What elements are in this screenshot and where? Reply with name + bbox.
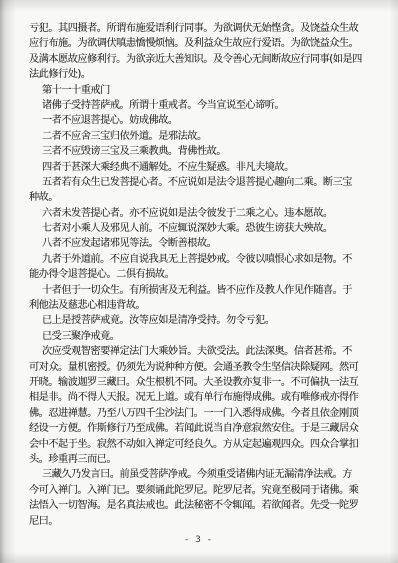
text-block: 亏犯。其四摄者。所谓布施爱语利行同事。为欲调伏无始悭贪。及饶益众生故应行布施。为… [29, 21, 371, 529]
text-line: 八者不应发起诸邪见等法。令断善根故。 [29, 236, 371, 251]
text-line: 头。珍重再三而已。 [29, 452, 371, 467]
text-line: 及满本愿故应修利行。为欲亲近大善知识。及令善心无间断故应行同事(如是四 [29, 52, 371, 67]
text-line: 三者不应毁谤三宝及三乘教典。背佛性故。 [29, 144, 371, 159]
text-line: 经设一方便。作斯修行乃至成佛。若闻此说当自净意寂然安住。于是三藏居众 [29, 421, 371, 436]
text-line: 应行布施。为欲调伏嗔恚憍慢烦恼。及利益众生故应行爱语。为欲饶益众生。 [29, 36, 371, 51]
text-line: 一者不应退菩提心。妨成佛故。 [29, 113, 371, 128]
text-line: 佛。忍进禅慧。乃至八万四千尘沙法门。一一门入悉得成佛。今者且依金刚顶 [29, 406, 371, 421]
text-line: 今可入禅门。入禅门已。要须诵此陀罗尼。陀罗尼者。究竟至极同于诸佛。乘 [29, 483, 371, 498]
text-line: 六者未发菩提心者。亦不应说如是法令彼发于二乘之心。违本愿故。 [29, 206, 371, 221]
text-line: 法此修行处)。 [29, 67, 371, 82]
text-line: 种故。 [29, 190, 371, 205]
page-number: - 3 - [0, 535, 398, 545]
text-line: 三藏久乃发言曰。前虽受菩萨净戒。今须重受诸佛内证无漏清净法戒。方 [29, 467, 371, 482]
text-line: 已受三聚净戒竟。 [29, 329, 371, 344]
text-line: 二者不应舍三宝归依外道。是邪法故。 [29, 129, 371, 144]
text-line: 第十一十重戒门 [29, 83, 371, 98]
text-line: 相是非。尚不得人天报。况无上道。或有单行布施得成佛。或有唯修戒亦得作 [29, 390, 371, 405]
text-line: 九者于外道前。不应自说我具无上菩提妙戒。令彼以嗔恨心求如是物。不 [29, 252, 371, 267]
scanned-book-page: 亏犯。其四摄者。所谓布施爱语利行同事。为欲调伏无始悭贪。及饶益众生故应行布施。为… [0, 0, 398, 563]
text-line: 法悟入一切智海。是名真法戒也。此法秘密不令辄闻。若欲闻者。先受一陀罗 [29, 498, 371, 513]
text-line: 尼曰。 [29, 514, 371, 529]
text-line: 已上是授菩萨戒竟。汝等应如是清净受持。勿令亏犯。 [29, 313, 371, 328]
text-line: 四者于甚深大乘经典不通解处。不应生疑惑。非凡夫境故。 [29, 160, 371, 175]
text-line: 七者对小乘人及邪见人前。不应辄说深妙大乘。恐彼生谤获大殃故。 [29, 221, 371, 236]
text-line: 会中不起于坐。寂然不动如入禅定可经良久。方从定起遍观四众。四众合掌扣 [29, 437, 371, 452]
text-line: 开晓。输波迦罗三藏曰。众生根机不同。大圣设教亦复非一。不可偏执一法互 [29, 375, 371, 390]
text-line: 十者但于一切众生。有所损害及无利益。皆不应作及教人作见作随喜。于 [29, 283, 371, 298]
text-line: 利他法及慈悲心相违背故。 [29, 298, 371, 313]
text-line: 诸佛子受持菩萨戒。所谓十重戒者。今当宣说至心谛听。 [29, 98, 371, 113]
text-line: 亏犯。其四摄者。所谓布施爱语利行同事。为欲调伏无始悭贪。及饶益众生故 [29, 21, 371, 36]
text-line: 五者若有众生已发菩提心者。不应说如是法令退菩提心趣向二乘。断三宝 [29, 175, 371, 190]
text-line: 次应受观智密要禅定法门大乘妙旨。夫欲受法。此法深奥。信者甚希。不 [29, 344, 371, 359]
text-line: 能办得令退菩提心。二俱有损故。 [29, 267, 371, 282]
text-line: 可对众。量机密授。仍须先为说种种方便。会通圣教令生坚信决除疑网。然可 [29, 360, 371, 375]
